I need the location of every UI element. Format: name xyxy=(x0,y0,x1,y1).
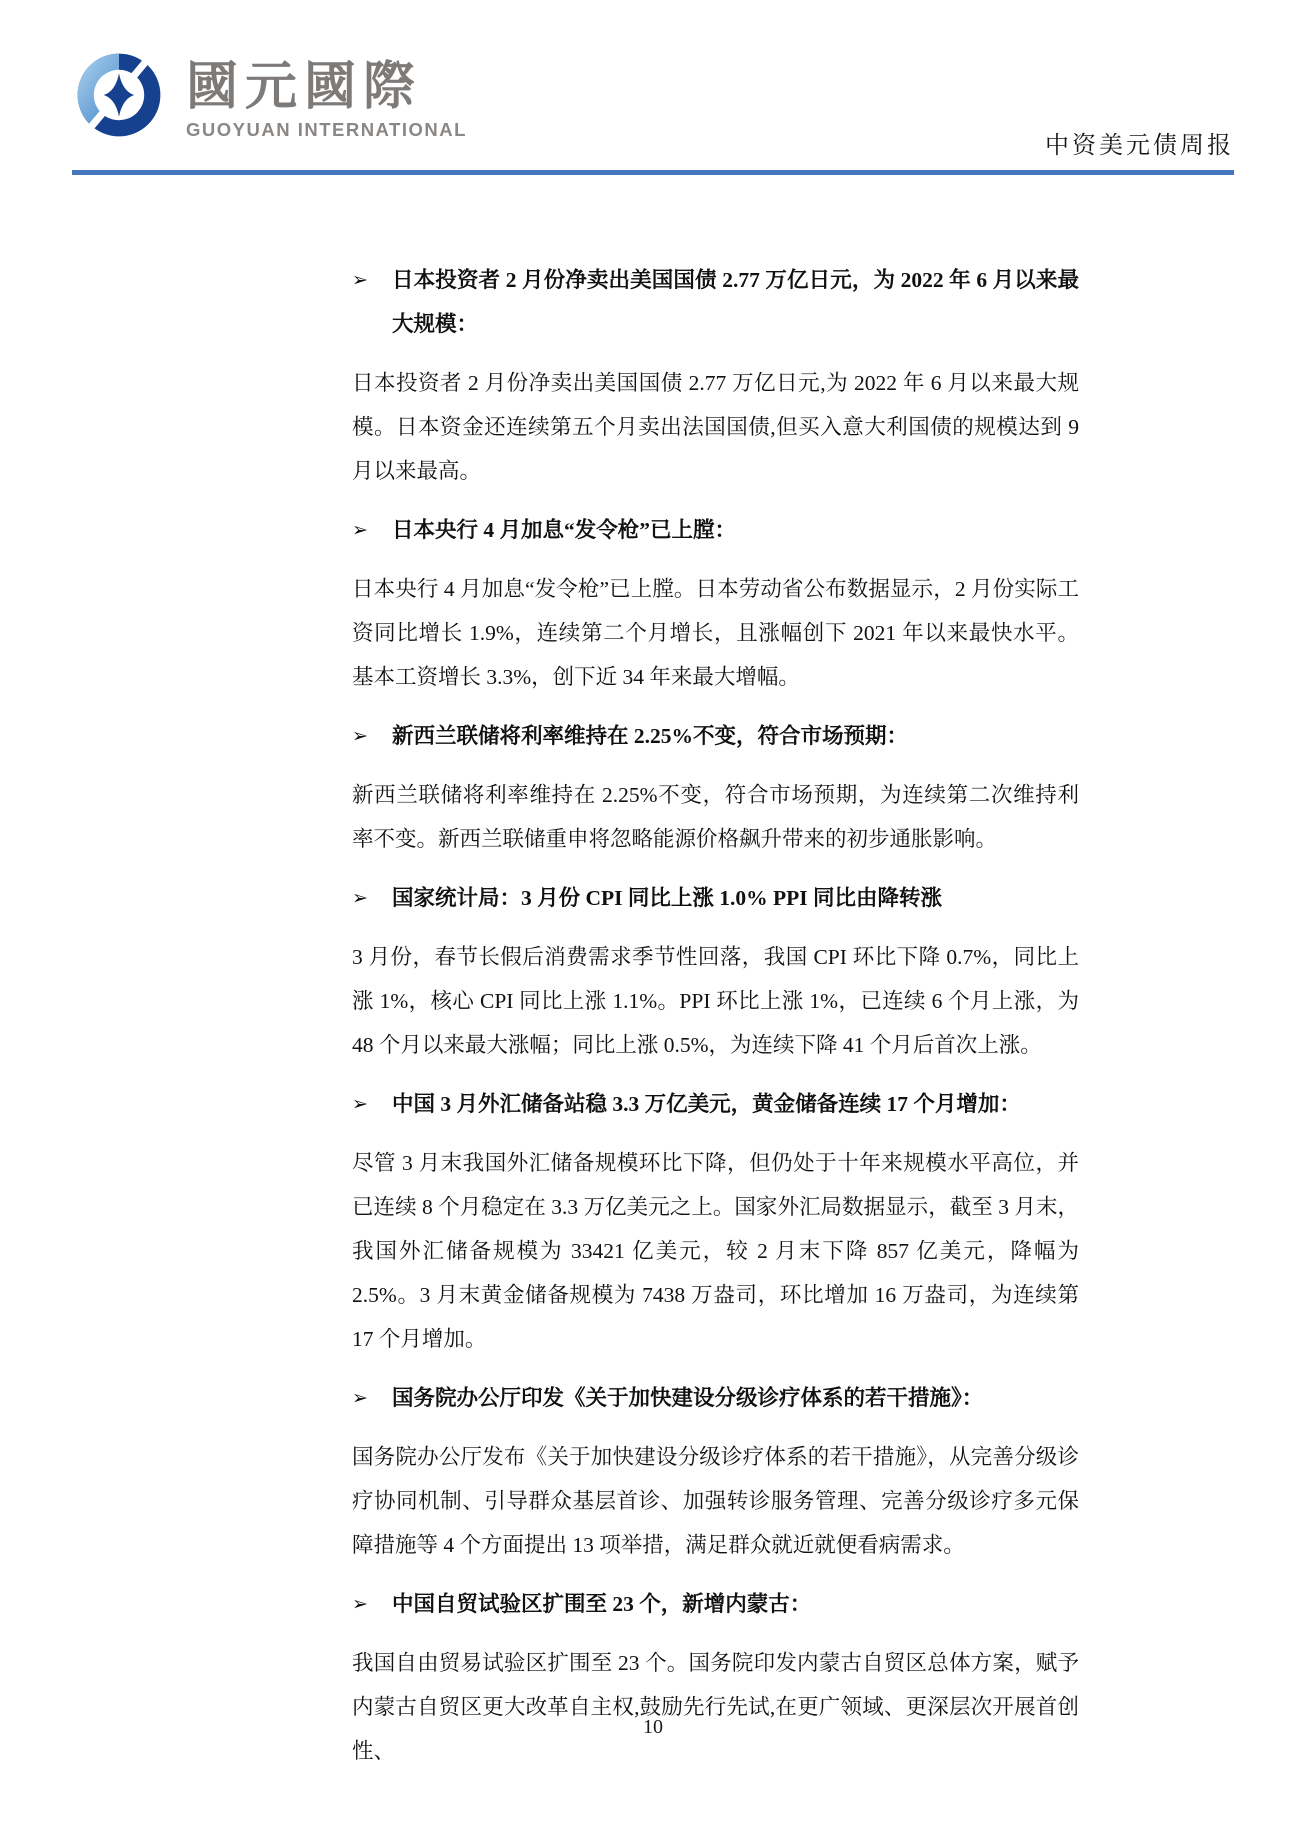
page-number: 10 xyxy=(0,1713,1306,1741)
report-section: ➢国家统计局：3 月份 CPI 同比上涨 1.0% PPI 同比由降转涨3 月份… xyxy=(352,876,1079,1067)
report-section: ➢日本央行 4 月加息“发令枪”已上膛：日本央行 4 月加息“发令枪”已上膛。日… xyxy=(352,508,1079,699)
report-section: ➢中国 3 月外汇储备站稳 3.3 万亿美元，黄金储备连续 17 个月增加：尽管… xyxy=(352,1082,1079,1361)
section-heading: ➢新西兰联储将利率维持在 2.25%不变，符合市场预期： xyxy=(352,714,1079,758)
section-heading-text: 中国 3 月外汇储备站稳 3.3 万亿美元，黄金储备连续 17 个月增加： xyxy=(392,1082,1079,1126)
section-body-text: 日本央行 4 月加息“发令枪”已上膛。日本劳动省公布数据显示，2 月份实际工资同… xyxy=(352,567,1079,699)
guoyuan-logo-icon xyxy=(74,50,164,140)
bullet-arrow-icon: ➢ xyxy=(352,714,392,758)
report-page: 國元國際 GUOYUAN INTERNATIONAL 中资美元债周报 ➢日本投资… xyxy=(0,0,1306,1847)
section-body-text: 3 月份，春节长假后消费需求季节性回落，我国 CPI 环比下降 0.7%，同比上… xyxy=(352,935,1079,1067)
section-heading-text: 国务院办公厅印发《关于加快建设分级诊疗体系的若干措施》： xyxy=(392,1376,1079,1420)
section-heading: ➢日本投资者 2 月份净卖出美国国债 2.77 万亿日元，为 2022 年 6 … xyxy=(352,258,1079,346)
section-heading-text: 新西兰联储将利率维持在 2.25%不变，符合市场预期： xyxy=(392,714,1079,758)
bullet-arrow-icon: ➢ xyxy=(352,258,392,302)
company-logo: 國元國際 GUOYUAN INTERNATIONAL xyxy=(74,50,467,140)
page-header: 國元國際 GUOYUAN INTERNATIONAL 中资美元债周报 xyxy=(0,0,1306,176)
bullet-arrow-icon: ➢ xyxy=(352,876,392,920)
section-heading: ➢中国 3 月外汇储备站稳 3.3 万亿美元，黄金储备连续 17 个月增加： xyxy=(352,1082,1079,1126)
report-section: ➢国务院办公厅印发《关于加快建设分级诊疗体系的若干措施》：国务院办公厅发布《关于… xyxy=(352,1376,1079,1567)
report-section: ➢中国自贸试验区扩围至 23 个，新增内蒙古：我国自由贸易试验区扩围至 23 个… xyxy=(352,1582,1079,1773)
bullet-arrow-icon: ➢ xyxy=(352,1082,392,1126)
report-section: ➢日本投资者 2 月份净卖出美国国债 2.77 万亿日元，为 2022 年 6 … xyxy=(352,258,1079,493)
bullet-arrow-icon: ➢ xyxy=(352,1376,392,1420)
section-heading-text: 日本央行 4 月加息“发令枪”已上膛： xyxy=(392,508,1079,552)
section-body-text: 日本投资者 2 月份净卖出美国国债 2.77 万亿日元,为 2022 年 6 月… xyxy=(352,361,1079,493)
section-heading-text: 日本投资者 2 月份净卖出美国国债 2.77 万亿日元，为 2022 年 6 月… xyxy=(392,258,1079,346)
section-heading-text: 中国自贸试验区扩围至 23 个，新增内蒙古： xyxy=(392,1582,1079,1626)
section-body-text: 尽管 3 月末我国外汇储备规模环比下降，但仍处于十年来规模水平高位，并已连续 8… xyxy=(352,1141,1079,1361)
section-heading: ➢国务院办公厅印发《关于加快建设分级诊疗体系的若干措施》： xyxy=(352,1376,1079,1420)
section-heading-text: 国家统计局：3 月份 CPI 同比上涨 1.0% PPI 同比由降转涨 xyxy=(392,876,1079,920)
header-divider xyxy=(72,170,1234,175)
logo-english-name: GUOYUAN INTERNATIONAL xyxy=(186,120,467,140)
section-heading: ➢国家统计局：3 月份 CPI 同比上涨 1.0% PPI 同比由降转涨 xyxy=(352,876,1079,920)
section-heading: ➢日本央行 4 月加息“发令枪”已上膛： xyxy=(352,508,1079,552)
bullet-arrow-icon: ➢ xyxy=(352,508,392,552)
bullet-arrow-icon: ➢ xyxy=(352,1582,392,1626)
document-title: 中资美元债周报 xyxy=(1045,131,1234,161)
report-section: ➢新西兰联储将利率维持在 2.25%不变，符合市场预期：新西兰联储将利率维持在 … xyxy=(352,714,1079,861)
section-body-text: 新西兰联储将利率维持在 2.25%不变，符合市场预期，为连续第二次维持利率不变。… xyxy=(352,773,1079,861)
section-heading: ➢中国自贸试验区扩围至 23 个，新增内蒙古： xyxy=(352,1582,1079,1626)
logo-text-block: 國元國際 GUOYUAN INTERNATIONAL xyxy=(186,50,467,140)
section-body-text: 国务院办公厅发布《关于加快建设分级诊疗体系的若干措施》，从完善分级诊疗协同机制、… xyxy=(352,1435,1079,1567)
section-body-text: 我国自由贸易试验区扩围至 23 个。国务院印发内蒙古自贸区总体方案，赋予内蒙古自… xyxy=(352,1641,1079,1773)
logo-chinese-name: 國元國際 xyxy=(186,58,467,116)
report-body: ➢日本投资者 2 月份净卖出美国国债 2.77 万亿日元，为 2022 年 6 … xyxy=(352,258,1079,1788)
